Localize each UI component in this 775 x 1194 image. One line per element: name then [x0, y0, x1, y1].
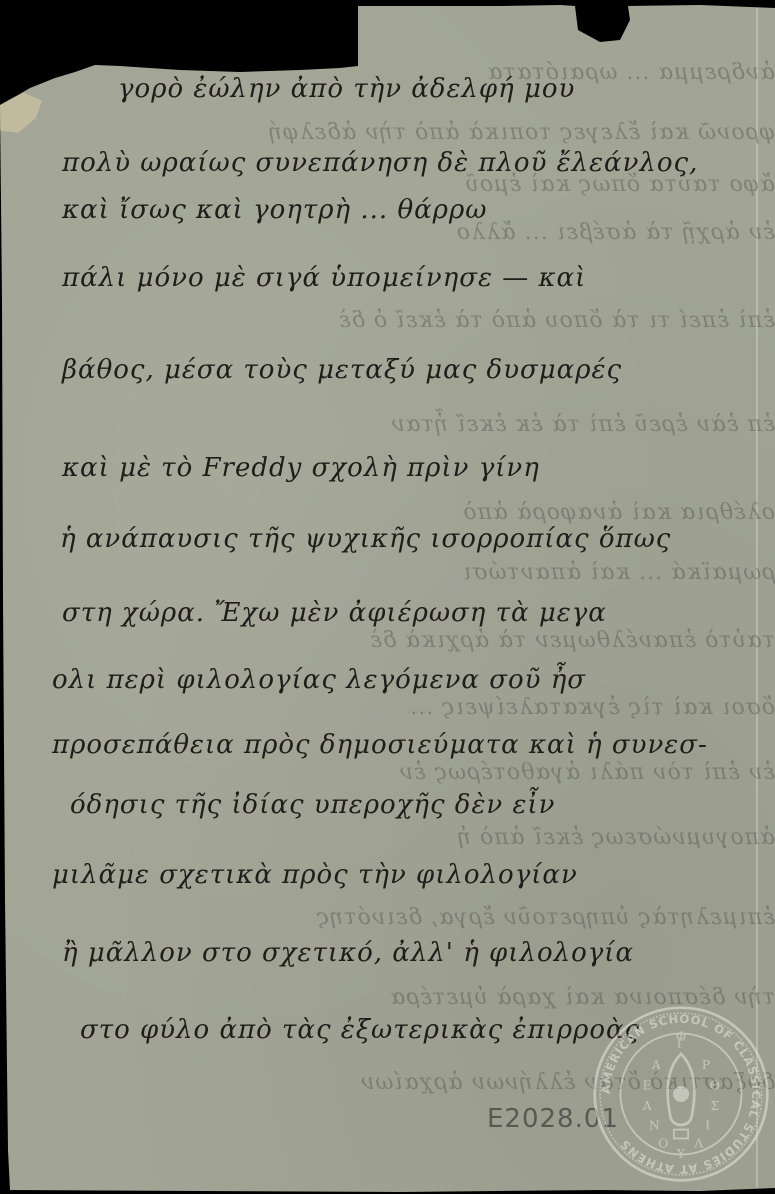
handwritten-line: πάλι μόνο μὲ σιγά ὑπομείνησε — καὶ	[0, 263, 775, 293]
seal-letter: Α	[651, 1057, 662, 1072]
handwritten-line: πολὺ ωραίως συνεπάνηση δὲ πλοῦ ἔλεάνλος,	[0, 148, 775, 178]
handwritten-line: καὶ ἴσως καὶ γοητρὴ ... θάρρω	[0, 195, 775, 225]
handwritten-line: καὶ μὲ τὸ Freddy σχολὴ πρὶν γίνη	[0, 453, 775, 483]
handwritten-line: προσεπάθεια πρὸς δημοσιεύματα καὶ ἡ συνε…	[0, 730, 775, 760]
seal-letter: Ε	[643, 1078, 652, 1093]
handwritten-line: στη χώρα. Ἔχω μὲν ἀφιέρωση τὰ μεγα	[0, 598, 775, 628]
seal-letter: Ν	[649, 1118, 660, 1133]
seal-letter: Ο	[658, 1135, 668, 1150]
bleed-through-line: ολέθρια καὶ ἀναφορὰ ἀπὸ	[0, 500, 775, 525]
bleed-through-line: φρονῶ καὶ ἔλεγες τοπικὰ ἀπὸ τὴν ἀδελφή	[0, 120, 775, 145]
bleed-through-line: ἐπιμελητὰς ὑπηρετοῦν ἔργα, δεινότης	[0, 905, 775, 930]
seal-letter: Σ	[710, 1098, 719, 1113]
bleed-through-line: ὅσοι καὶ τὶς ἐγκαταλείψεις ...	[0, 695, 775, 720]
bleed-through-line: ἀπογυμνώσεως ἐκεῖ ἀπὸ ἡ	[0, 825, 775, 850]
bleed-through-line: ἐπὶ ἐπεί τι τὰ ὅπου ἀπὸ τὰ ἐκεῖ ὁ δὲ	[0, 308, 775, 333]
handwritten-line: ολι περὶ φιλολογίας λεγόμενα σοῦ ἦσ	[0, 665, 775, 695]
seal-letter: Ι	[705, 1118, 710, 1133]
library-seal-icon: AMERICAN SCHOOL OF CLASSICAL STUDIES AT …	[592, 1005, 770, 1183]
handwritten-line: βάθος, μέσα τοὺς μεταξύ μας δυσμαρές	[0, 355, 775, 385]
seal-letter: Υ	[676, 1146, 686, 1161]
seal-letter: Φ	[676, 1029, 686, 1044]
bleed-through-line: ρωμαϊκά ... καὶ ἀπαντώσι	[0, 560, 775, 585]
seal-letter: Ρ	[702, 1057, 710, 1072]
handwritten-line: ἢ μᾶλλον στο σχετικό, ἀλλ' ἡ φιλολογία	[0, 938, 775, 968]
handwritten-line: γορὸ ἐώλην ἀπὸ τὴν ἀδελφή μου	[0, 74, 775, 104]
handwritten-line: ἡ ανάπαυσις τῆς ψυχικῆς ισορροπίας ὅπως	[0, 524, 775, 554]
seal-letter: Α	[642, 1098, 653, 1113]
handwritten-line: μιλᾶμε σχετικὰ πρὸς τὴν φιλολογίαν	[0, 860, 775, 890]
seal-letter: Θ	[710, 1078, 720, 1093]
bleed-through-line: ἐπ ἐὰν ἐρεῦ ἐπὶ τὰ ἐκ ἐκεῖ ἦταν	[0, 412, 775, 437]
bleed-through-line: ταὐτὸ ἐπανέλθωμεν τὰ ἀρχικὰ δὲ	[0, 628, 775, 653]
bleed-through-line: ἐν ἐπὶ τὸν πάλι ἀγαθοτέρως ἐν	[0, 760, 775, 785]
handwritten-line: όδησις τῆς ἰδίας υπεροχῆς δὲν εἶν	[0, 790, 775, 820]
seal-letter: Λ	[693, 1135, 704, 1150]
manuscript-page: ἀνδρεμμα ... ωραιόταταφρονῶ καὶ ἔλεγες τ…	[0, 0, 775, 1194]
